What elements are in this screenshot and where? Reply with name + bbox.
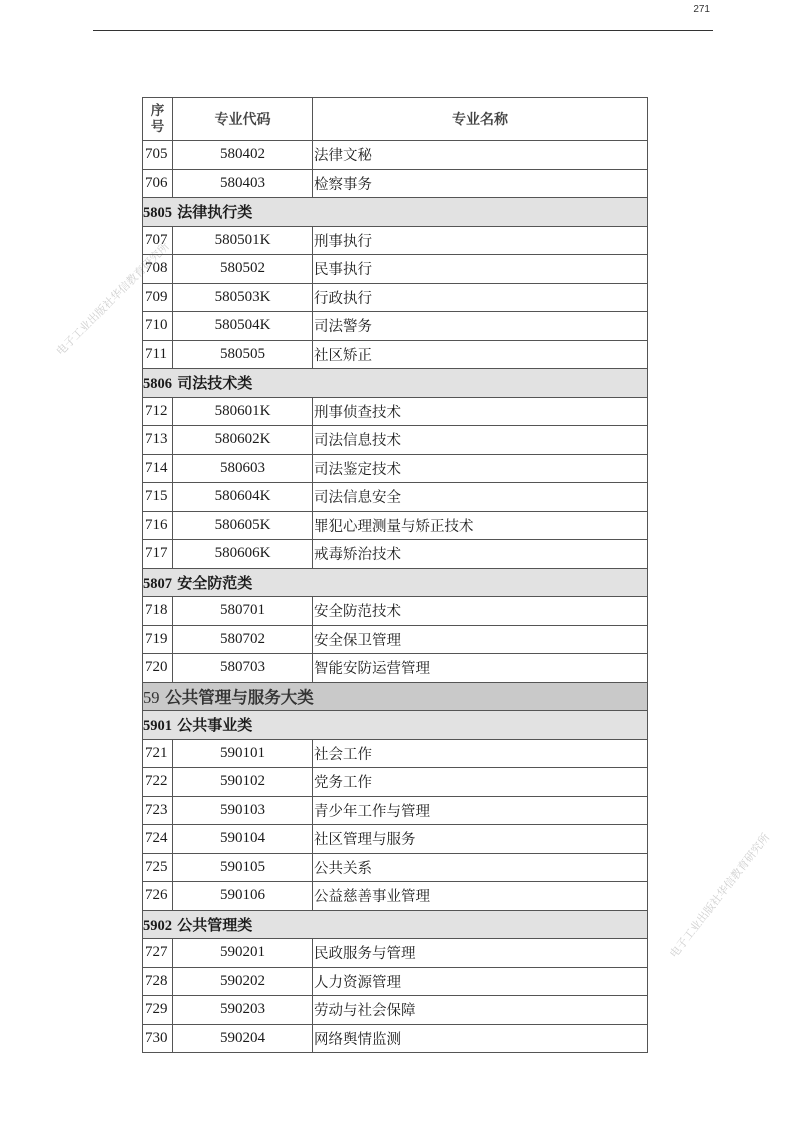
cell-seq: 710 <box>143 312 173 341</box>
table-row: 721590101社会工作 <box>143 739 648 768</box>
cell-name: 司法信息安全 <box>313 483 648 512</box>
header-seq-line1: 序 <box>143 103 172 119</box>
cell-seq: 705 <box>143 141 173 170</box>
cell-seq: 709 <box>143 283 173 312</box>
cell-seq: 706 <box>143 169 173 198</box>
cell-code: 590105 <box>173 853 313 882</box>
cell-name: 青少年工作与管理 <box>313 796 648 825</box>
table-row: 710580504K司法警务 <box>143 312 648 341</box>
cell-code: 580504K <box>173 312 313 341</box>
cell-seq: 715 <box>143 483 173 512</box>
cell-name: 刑事侦查技术 <box>313 397 648 426</box>
table-header-row: 序 号 专业代码 专业名称 <box>143 98 648 141</box>
table-row: 722590102党务工作 <box>143 768 648 797</box>
table-row: 711580505社区矫正 <box>143 340 648 369</box>
cell-name: 社区矫正 <box>313 340 648 369</box>
cell-seq: 723 <box>143 796 173 825</box>
cell-code: 590106 <box>173 882 313 911</box>
cell-code: 580403 <box>173 169 313 198</box>
cell-name: 民政服务与管理 <box>313 939 648 968</box>
cell-name: 智能安防运营管理 <box>313 654 648 683</box>
category-code: 5902 <box>143 918 172 934</box>
category-name: 公共管理类 <box>177 916 252 934</box>
cell-code: 590101 <box>173 739 313 768</box>
category-row: 5806 司法技术类 <box>143 369 648 398</box>
table-row: 723590103青少年工作与管理 <box>143 796 648 825</box>
cell-code: 580502 <box>173 255 313 284</box>
cell-code: 580702 <box>173 625 313 654</box>
watermark: 电子工业出版社华信教育研究所 <box>666 830 773 961</box>
category-cell: 59 公共管理与服务大类 <box>143 682 648 711</box>
cell-seq: 722 <box>143 768 173 797</box>
cell-name: 网络舆情监测 <box>313 1024 648 1053</box>
cell-code: 580601K <box>173 397 313 426</box>
table-row: 726590106公益慈善事业管理 <box>143 882 648 911</box>
table-row: 725590105公共关系 <box>143 853 648 882</box>
category-name: 公共管理与服务大类 <box>165 688 314 707</box>
cell-code: 580604K <box>173 483 313 512</box>
cell-name: 劳动与社会保障 <box>313 996 648 1025</box>
category-code: 5807 <box>143 576 172 592</box>
cell-seq: 717 <box>143 540 173 569</box>
category-name: 安全防范类 <box>177 574 252 592</box>
cell-name: 罪犯心理测量与矫正技术 <box>313 511 648 540</box>
header-rule <box>93 30 713 31</box>
cell-seq: 721 <box>143 739 173 768</box>
cell-code: 580503K <box>173 283 313 312</box>
majors-table: 序 号 专业代码 专业名称 705580402法律文秘706580403检察事务… <box>142 97 648 1053</box>
cell-code: 580701 <box>173 597 313 626</box>
table-row: 729590203劳动与社会保障 <box>143 996 648 1025</box>
table-row: 727590201民政服务与管理 <box>143 939 648 968</box>
table-row: 713580602K司法信息技术 <box>143 426 648 455</box>
category-code: 59 <box>143 688 160 707</box>
cell-seq: 719 <box>143 625 173 654</box>
table-row: 716580605K罪犯心理测量与矫正技术 <box>143 511 648 540</box>
category-cell: 5806 司法技术类 <box>143 369 648 398</box>
table-row: 705580402法律文秘 <box>143 141 648 170</box>
cell-name: 公益慈善事业管理 <box>313 882 648 911</box>
cell-code: 590202 <box>173 967 313 996</box>
cell-name: 司法鉴定技术 <box>313 454 648 483</box>
cell-name: 人力资源管理 <box>313 967 648 996</box>
cell-seq: 726 <box>143 882 173 911</box>
cell-seq: 716 <box>143 511 173 540</box>
page-number: 271 <box>680 4 710 15</box>
table-row: 717580606K戒毒矫治技术 <box>143 540 648 569</box>
table-row: 720580703智能安防运营管理 <box>143 654 648 683</box>
cell-name: 司法信息技术 <box>313 426 648 455</box>
category-code: 5901 <box>143 718 172 734</box>
category-cell: 5902 公共管理类 <box>143 910 648 939</box>
cell-code: 590201 <box>173 939 313 968</box>
cell-name: 法律文秘 <box>313 141 648 170</box>
header-name: 专业名称 <box>313 98 648 141</box>
header-seq: 序 号 <box>143 98 173 141</box>
major-category-row: 59 公共管理与服务大类 <box>143 682 648 711</box>
table-row: 707580501K刑事执行 <box>143 226 648 255</box>
cell-code: 580603 <box>173 454 313 483</box>
cell-seq: 727 <box>143 939 173 968</box>
cell-name: 检察事务 <box>313 169 648 198</box>
cell-seq: 711 <box>143 340 173 369</box>
table-row: 714580603司法鉴定技术 <box>143 454 648 483</box>
cell-seq: 725 <box>143 853 173 882</box>
cell-seq: 714 <box>143 454 173 483</box>
cell-code: 590103 <box>173 796 313 825</box>
table-row: 719580702安全保卫管理 <box>143 625 648 654</box>
category-row: 5901 公共事业类 <box>143 711 648 740</box>
cell-name: 公共关系 <box>313 853 648 882</box>
cell-name: 行政执行 <box>313 283 648 312</box>
cell-code: 590204 <box>173 1024 313 1053</box>
cell-code: 580505 <box>173 340 313 369</box>
cell-name: 社区管理与服务 <box>313 825 648 854</box>
table-row: 728590202人力资源管理 <box>143 967 648 996</box>
category-row: 5807 安全防范类 <box>143 568 648 597</box>
table-row: 730590204网络舆情监测 <box>143 1024 648 1053</box>
cell-seq: 724 <box>143 825 173 854</box>
cell-seq: 707 <box>143 226 173 255</box>
cell-code: 580605K <box>173 511 313 540</box>
cell-name: 民事执行 <box>313 255 648 284</box>
cell-seq: 729 <box>143 996 173 1025</box>
cell-code: 590102 <box>173 768 313 797</box>
cell-code: 590104 <box>173 825 313 854</box>
cell-name: 戒毒矫治技术 <box>313 540 648 569</box>
category-code: 5806 <box>143 376 172 392</box>
cell-code: 580501K <box>173 226 313 255</box>
table-body: 705580402法律文秘706580403检察事务5805 法律执行类7075… <box>143 141 648 1053</box>
cell-seq: 728 <box>143 967 173 996</box>
cell-name: 安全防范技术 <box>313 597 648 626</box>
cell-seq: 718 <box>143 597 173 626</box>
cell-name: 党务工作 <box>313 768 648 797</box>
cell-code: 580402 <box>173 141 313 170</box>
cell-name: 刑事执行 <box>313 226 648 255</box>
cell-code: 580602K <box>173 426 313 455</box>
cell-code: 580703 <box>173 654 313 683</box>
category-cell: 5901 公共事业类 <box>143 711 648 740</box>
category-cell: 5805 法律执行类 <box>143 198 648 227</box>
header-code: 专业代码 <box>173 98 313 141</box>
table-row: 715580604K司法信息安全 <box>143 483 648 512</box>
cell-code: 580606K <box>173 540 313 569</box>
table-row: 712580601K刑事侦查技术 <box>143 397 648 426</box>
cell-seq: 720 <box>143 654 173 683</box>
table-row: 709580503K行政执行 <box>143 283 648 312</box>
cell-seq: 712 <box>143 397 173 426</box>
category-name: 公共事业类 <box>177 716 252 734</box>
table-row: 706580403检察事务 <box>143 169 648 198</box>
cell-name: 安全保卫管理 <box>313 625 648 654</box>
cell-name: 社会工作 <box>313 739 648 768</box>
category-name: 法律执行类 <box>177 203 252 221</box>
category-code: 5805 <box>143 205 172 221</box>
table-row: 708580502民事执行 <box>143 255 648 284</box>
table-row: 718580701安全防范技术 <box>143 597 648 626</box>
category-row: 5805 法律执行类 <box>143 198 648 227</box>
table-row: 724590104社区管理与服务 <box>143 825 648 854</box>
cell-code: 590203 <box>173 996 313 1025</box>
category-name: 司法技术类 <box>177 374 252 392</box>
category-cell: 5807 安全防范类 <box>143 568 648 597</box>
header-seq-line2: 号 <box>143 119 172 135</box>
cell-name: 司法警务 <box>313 312 648 341</box>
cell-seq: 730 <box>143 1024 173 1053</box>
cell-seq: 708 <box>143 255 173 284</box>
category-row: 5902 公共管理类 <box>143 910 648 939</box>
cell-seq: 713 <box>143 426 173 455</box>
